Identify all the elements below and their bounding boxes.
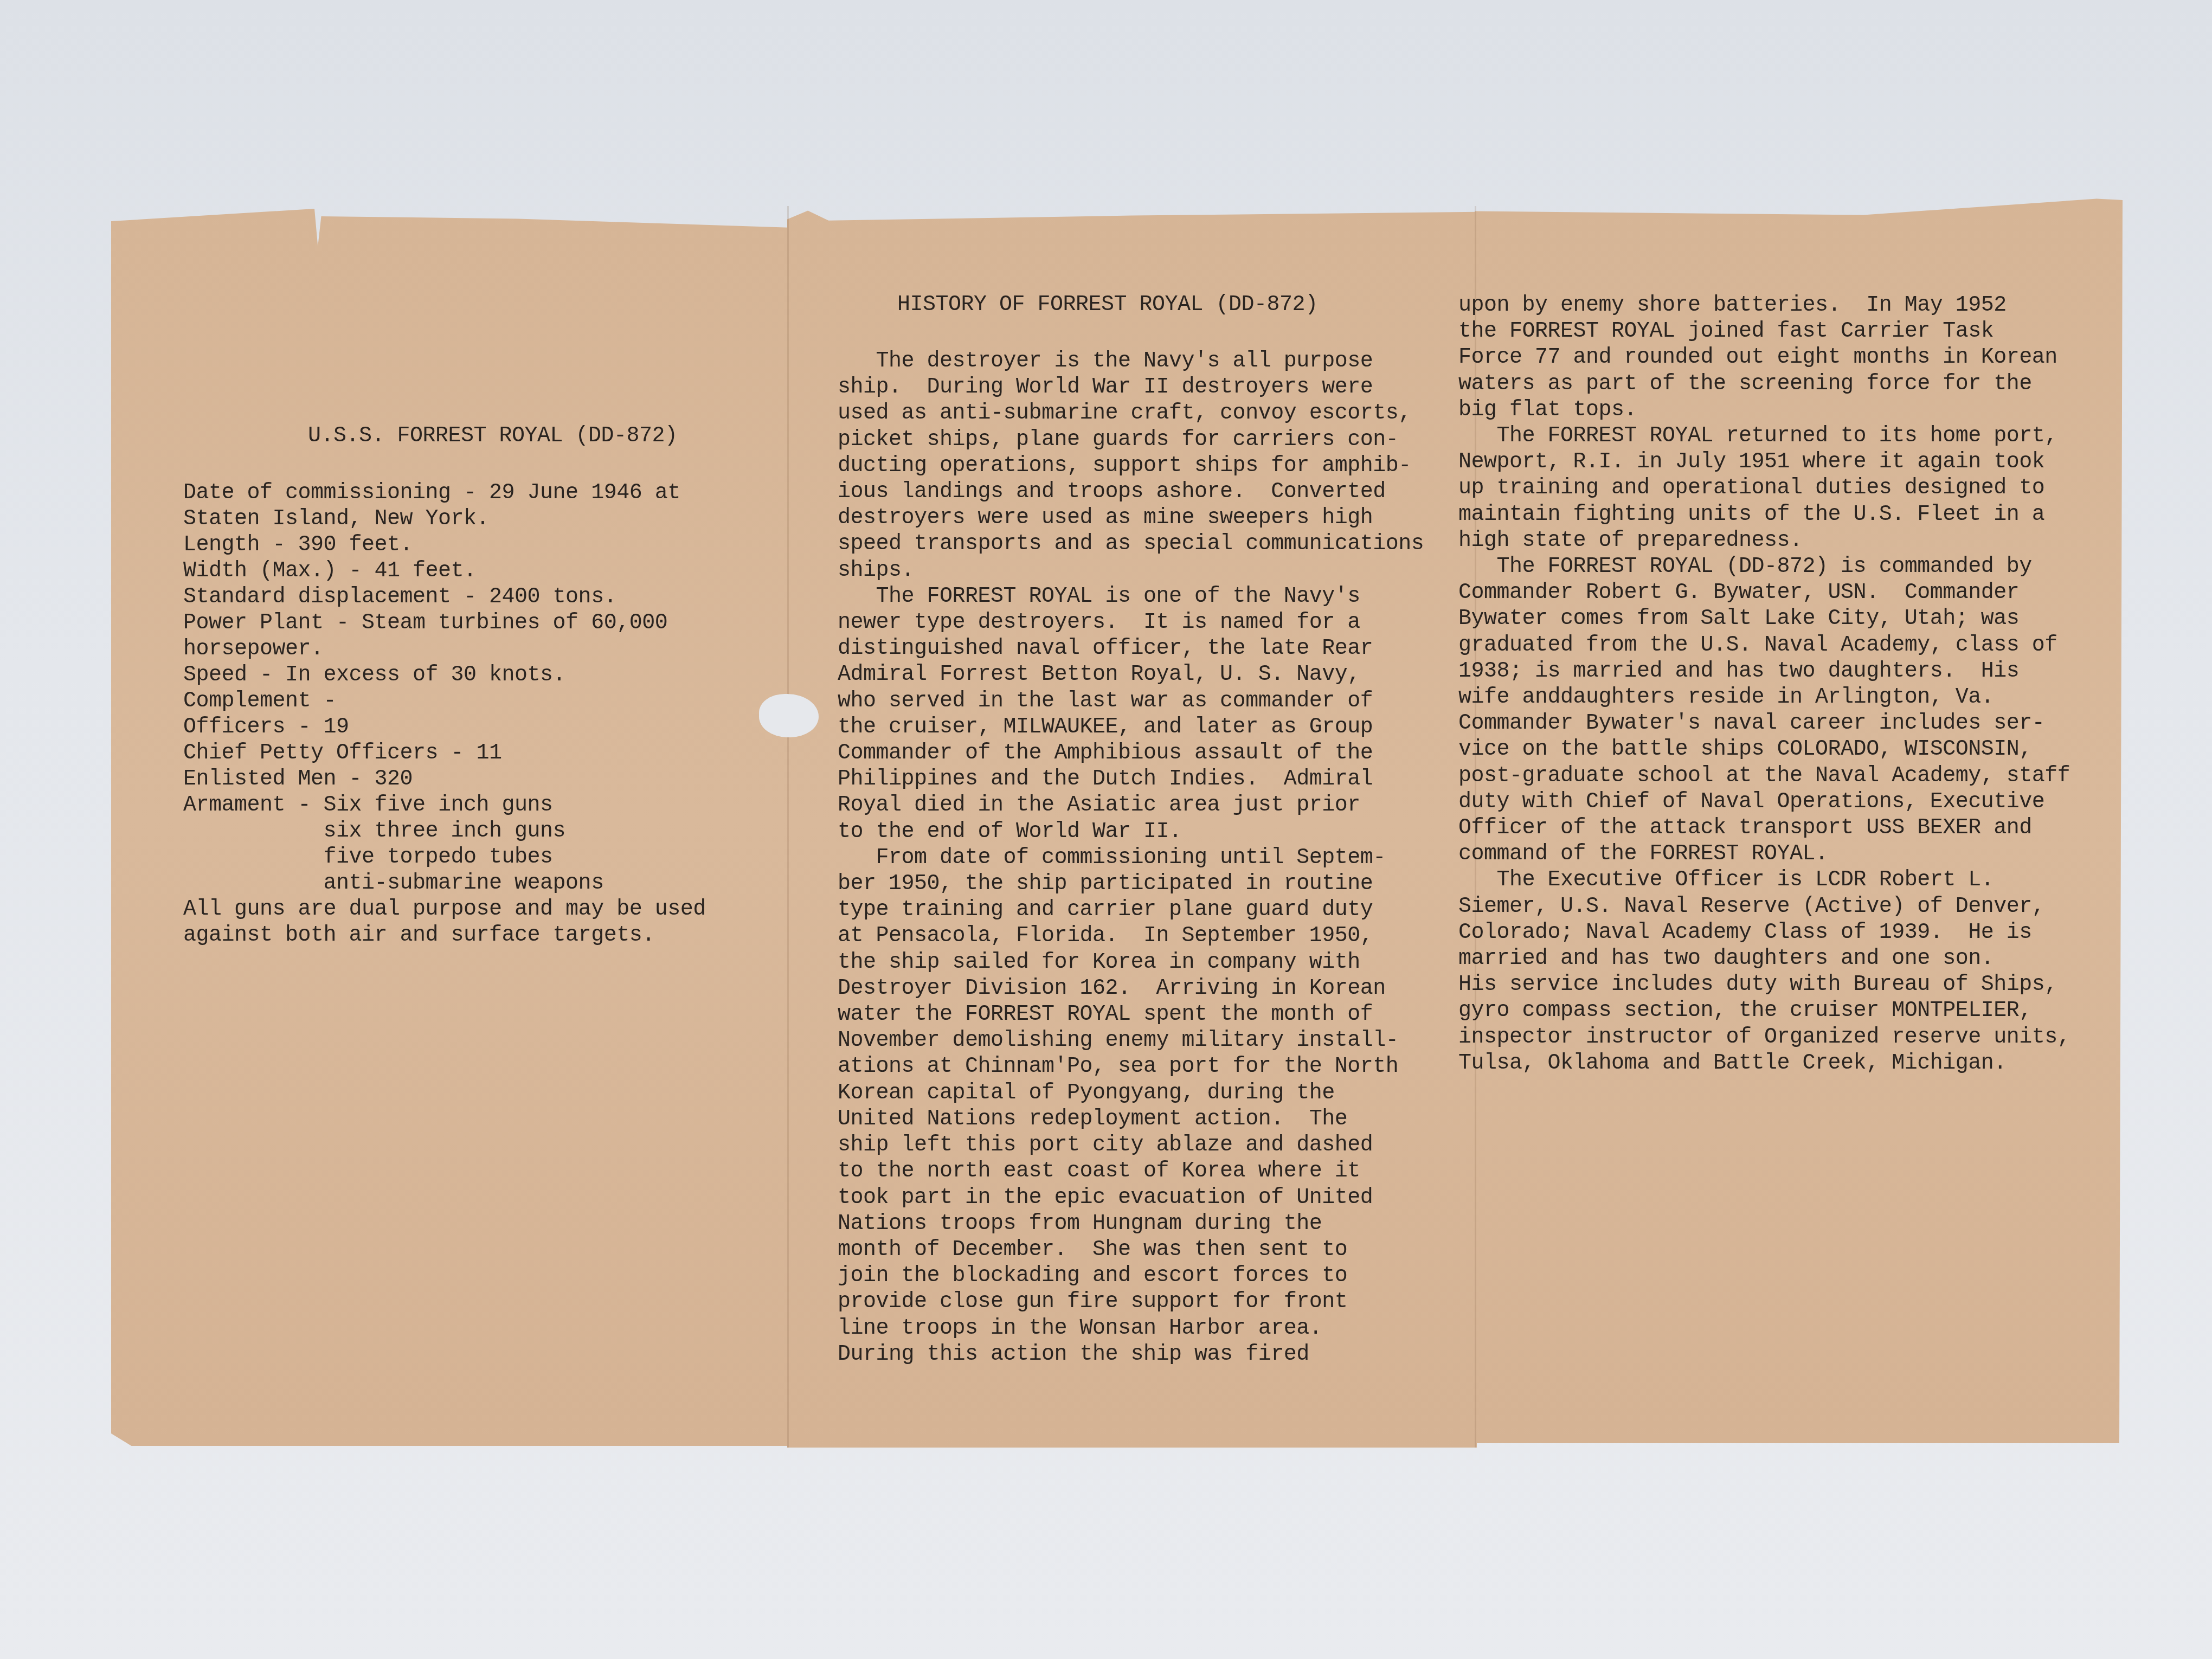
text-line: United Nations redeployment action. The bbox=[838, 1107, 1424, 1133]
text-line: gyro compass section, the cruiser MONTPE… bbox=[1458, 998, 2070, 1024]
document-sheet: U.S.S. FORREST ROYAL (DD-872) Date of co… bbox=[0, 0, 2212, 1659]
text-line: Philippines and the Dutch Indies. Admira… bbox=[838, 767, 1424, 793]
text-line: ship left this port city ablaze and dash… bbox=[838, 1133, 1424, 1159]
text-line: Officers - 19 bbox=[183, 715, 706, 741]
text-line: From date of commissioning until Septem- bbox=[838, 845, 1424, 871]
text-line: The FORREST ROYAL (DD-872) is commanded … bbox=[1458, 554, 2070, 580]
text-line: Bywater comes from Salt Lake City, Utah;… bbox=[1458, 606, 2070, 632]
text-line: Siemer, U.S. Naval Reserve (Active) of D… bbox=[1458, 894, 2070, 920]
text-line: vice on the battle ships COLORADO, WISCO… bbox=[1458, 737, 2070, 763]
text-line: line troops in the Wonsan Harbor area. bbox=[838, 1316, 1424, 1342]
text-line: newer type destroyers. It is named for a bbox=[838, 610, 1424, 636]
text-line: upon by enemy shore batteries. In May 19… bbox=[1458, 293, 2070, 319]
text-line: Admiral Forrest Betton Royal, U. S. Navy… bbox=[838, 662, 1424, 688]
text-line: at Pensacola, Florida. In September 1950… bbox=[838, 923, 1424, 949]
text-line: Power Plant - Steam turbines of 60,000 bbox=[183, 610, 706, 636]
text-line: maintain fighting units of the U.S. Flee… bbox=[1458, 502, 2070, 528]
text-line: type training and carrier plane guard du… bbox=[838, 897, 1424, 923]
text-line: Commander Robert G. Bywater, USN. Comman… bbox=[1458, 580, 2070, 606]
text-line: speed transports and as special communic… bbox=[838, 531, 1424, 557]
text-line: distinguished naval officer, the late Re… bbox=[838, 636, 1424, 662]
text-line: Destroyer Division 162. Arriving in Kore… bbox=[838, 976, 1424, 1002]
history-title: HISTORY OF FORREST ROYAL (DD-872) bbox=[897, 293, 1318, 317]
text-line: five torpedo tubes bbox=[183, 845, 706, 871]
text-line: took part in the epic evacuation of Unit… bbox=[838, 1185, 1424, 1211]
text-line: the FORREST ROYAL joined fast Carrier Ta… bbox=[1458, 319, 2070, 345]
text-line: used as anti-submarine craft, convoy esc… bbox=[838, 401, 1424, 427]
text-line: ship. During World War II destroyers wer… bbox=[838, 375, 1424, 401]
text-line: Enlisted Men - 320 bbox=[183, 767, 706, 793]
text-line: married and has two daughters and one so… bbox=[1458, 946, 2070, 972]
text-line: ber 1950, the ship participated in routi… bbox=[838, 871, 1424, 897]
text-line: ations at Chinnam'Po, sea port for the N… bbox=[838, 1054, 1424, 1080]
text-line: ious landings and troops ashore. Convert… bbox=[838, 479, 1424, 505]
text-line: The destroyer is the Navy's all purpose bbox=[838, 349, 1424, 375]
text-line: His service includes duty with Bureau of… bbox=[1458, 972, 2070, 998]
text-line: Commander of the Amphibious assault of t… bbox=[838, 741, 1424, 767]
text-line: to the end of World War II. bbox=[838, 819, 1424, 845]
text-line: Armament - Six five inch guns bbox=[183, 793, 706, 819]
text-line: post-graduate school at the Naval Academ… bbox=[1458, 763, 2070, 789]
text-line: command of the FORREST ROYAL. bbox=[1458, 841, 2070, 867]
text-line: provide close gun fire support for front bbox=[838, 1289, 1424, 1315]
text-line: During this action the ship was fired bbox=[838, 1342, 1424, 1368]
text-line: 1938; is married and has two daughters. … bbox=[1458, 659, 2070, 685]
text-line: the cruiser, MILWAUKEE, and later as Gro… bbox=[838, 715, 1424, 741]
text-line: Standard displacement - 2400 tons. bbox=[183, 584, 706, 610]
text-line: picket ships, plane guards for carriers … bbox=[838, 427, 1424, 453]
text-line: Chief Petty Officers - 11 bbox=[183, 741, 706, 767]
text-line: the ship sailed for Korea in company wit… bbox=[838, 950, 1424, 976]
text-line: The FORREST ROYAL is one of the Navy's bbox=[838, 584, 1424, 610]
text-line: to the north east coast of Korea where i… bbox=[838, 1159, 1424, 1185]
text-line: ships. bbox=[838, 558, 1424, 584]
text-line: Tulsa, Oklahoma and Battle Creek, Michig… bbox=[1458, 1051, 2070, 1077]
text-line: month of December. She was then sent to bbox=[838, 1237, 1424, 1263]
text-line: The Executive Officer is LCDR Robert L. bbox=[1458, 867, 2070, 893]
text-line: Colorado; Naval Academy Class of 1939. H… bbox=[1458, 920, 2070, 946]
text-line: six three inch guns bbox=[183, 819, 706, 845]
text-line: who served in the last war as commander … bbox=[838, 689, 1424, 715]
text-line: up training and operational duties desig… bbox=[1458, 475, 2070, 501]
text-line: waters as part of the screening force fo… bbox=[1458, 371, 2070, 397]
text-line: destroyers were used as mine sweepers hi… bbox=[838, 505, 1424, 531]
text-line: anti-submarine weapons bbox=[183, 871, 706, 897]
ship-title: U.S.S. FORREST ROYAL (DD-872) bbox=[308, 424, 678, 448]
text-line: high state of preparedness. bbox=[1458, 528, 2070, 554]
text-line: Date of commissioning - 29 June 1946 at bbox=[183, 480, 706, 506]
text-line: Speed - In excess of 30 knots. bbox=[183, 663, 706, 689]
text-line: against both air and surface targets. bbox=[183, 923, 706, 949]
text-line: Officer of the attack transport USS BEXE… bbox=[1458, 815, 2070, 841]
text-line: The FORREST ROYAL returned to its home p… bbox=[1458, 423, 2070, 449]
text-line: inspector instructor of Organized reserv… bbox=[1458, 1025, 2070, 1051]
text-line: Complement - bbox=[183, 689, 706, 715]
text-line: duty with Chief of Naval Operations, Exe… bbox=[1458, 789, 2070, 815]
fold-line bbox=[787, 206, 789, 1448]
text-line: ducting operations, support ships for am… bbox=[838, 453, 1424, 479]
text-line: Nations troops from Hungnam during the bbox=[838, 1211, 1424, 1237]
text-line: water the FORREST ROYAL spent the month … bbox=[838, 1002, 1424, 1028]
ship-specifications: Date of commissioning - 29 June 1946 atS… bbox=[183, 480, 706, 949]
text-line: All guns are dual purpose and may be use… bbox=[183, 897, 706, 923]
text-line: Staten Island, New York. bbox=[183, 506, 706, 532]
text-line: horsepower. bbox=[183, 636, 706, 663]
text-line: graduated from the U.S. Naval Academy, c… bbox=[1458, 633, 2070, 659]
history-continued-text: upon by enemy shore batteries. In May 19… bbox=[1458, 293, 2070, 1077]
text-line: Korean capital of Pyongyang, during the bbox=[838, 1081, 1424, 1107]
text-line: big flat tops. bbox=[1458, 397, 2070, 423]
paper-hole bbox=[759, 694, 819, 737]
text-line: Royal died in the Asiatic area just prio… bbox=[838, 793, 1424, 819]
text-line: Length - 390 feet. bbox=[183, 532, 706, 558]
text-line: Width (Max.) - 41 feet. bbox=[183, 558, 706, 584]
text-line: Newport, R.I. in July 1951 where it agai… bbox=[1458, 449, 2070, 475]
text-line: Commander Bywater's naval career include… bbox=[1458, 711, 2070, 737]
text-line: November demolishing enemy military inst… bbox=[838, 1028, 1424, 1054]
text-line: join the blockading and escort forces to bbox=[838, 1263, 1424, 1289]
text-line: wife anddaughters reside in Arlington, V… bbox=[1458, 685, 2070, 711]
text-line: Force 77 and rounded out eight months in… bbox=[1458, 345, 2070, 371]
history-text: The destroyer is the Navy's all purposes… bbox=[838, 349, 1424, 1368]
